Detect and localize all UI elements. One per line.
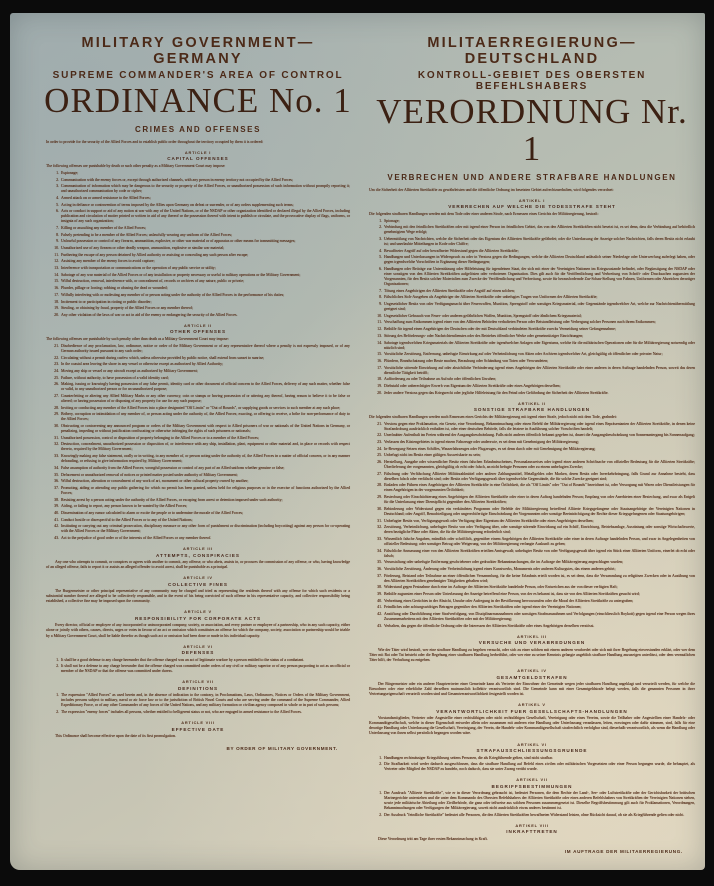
item-number: 11. (50, 253, 61, 258)
ordinance-item: 15.Vorsätzliche Zerstörung, Entfernung, … (373, 352, 695, 357)
item-text: Verbreitung eines Gerüchtes in der Absic… (384, 599, 695, 604)
item-number: 1. (373, 219, 384, 224)
article-de: ARTIKEL IISONSTIGE STRAFBARE HANDLUNGEND… (367, 401, 697, 629)
item-number: 15. (373, 352, 384, 357)
item-text: In the coastal area leaving the shore in… (61, 362, 350, 367)
item-number: 38. (373, 585, 384, 590)
item-number: 3. (373, 237, 384, 247)
article-lead: Die folgenden strafbaren Handlungen werd… (369, 415, 695, 420)
item-text: Verschaffung zum Entkommen irgend einer … (384, 320, 695, 325)
ordinance-item: 25.Unbefugt nicht im Besitz einer gültig… (373, 453, 695, 458)
ordinance-item: 40.Verbreitung eines Gerüchtes in der Ab… (373, 599, 695, 604)
item-text: Instituting or carrying out any criminal… (61, 524, 350, 534)
ordinance-item: 23.Verlassen des Küstengebietes in irgen… (373, 440, 695, 445)
ordinance-item: 27.Fälschung oder Verfälschung Alliierte… (373, 472, 695, 482)
article-de: ARTIKEL IIIVERSUCHE UND VERABREDUNGENWie… (367, 634, 697, 663)
item-text: The expression "Allied Forces" as used h… (61, 693, 350, 708)
item-number: 27. (50, 394, 61, 404)
ordinance-item: 43.Verhalten, das gegen die öffentliche … (373, 624, 695, 629)
ordinance-title: VERORDNUNG Nr. 1 (367, 94, 697, 168)
ordinance-item: 24.Moving any ship or vessel or any airc… (50, 369, 350, 374)
item-number: 11. (373, 320, 384, 325)
ordinance-item: 13.Störung des Beförderungs- oder Nachri… (373, 334, 695, 339)
ordinance-subtitle: CRIMES AND OFFENSES (44, 125, 352, 134)
ordinance-item: 4.Armed attack on or armed resistance to… (50, 196, 350, 201)
item-text: Failure, without authority, to have poss… (61, 376, 350, 381)
item-text: Inviting or conducting any member of the… (61, 406, 350, 411)
ordinance-item: 9.Unlawful possession or control of any … (50, 239, 350, 244)
photo-frame: { "photo": { "frame_color": "#0b0b0b", "… (0, 0, 714, 886)
item-number: 43. (50, 536, 61, 541)
item-number: 24. (373, 447, 384, 452)
article-title: CAPITAL OFFENSES (44, 156, 352, 161)
item-text: Killing or assaulting any member of the … (61, 226, 350, 231)
ordinance-item: 3.Uebermittlung von Nachrichten, welche … (373, 237, 695, 247)
item-text: Any other violation of the laws of war o… (61, 313, 350, 318)
column-en: MILITARY GOVERNMENT—GERMANYSUPREME COMMA… (44, 24, 352, 854)
item-number: 37. (50, 486, 61, 496)
item-number: 10. (50, 246, 61, 251)
ordinance-item: 35.Defacement or unauthorized removal of… (50, 473, 350, 478)
item-text: It shall not be a defense to any charge … (61, 664, 350, 674)
ordinance-item: 13.Interference with transportation or c… (50, 266, 350, 271)
article-title: OTHER OFFENSES (44, 329, 352, 334)
item-text: Fälschliche Anmassung einer von den Alli… (384, 549, 695, 559)
ordinance-item: 28.Inviting or conducting any member of … (50, 406, 350, 411)
article-label: ARTICLE VIII (44, 720, 352, 725)
item-number: 33. (373, 537, 384, 547)
intro-paragraph: Um die Sicherheit der Alliierten Streitk… (369, 188, 695, 193)
item-number: 6. (373, 267, 384, 287)
item-text: Handlungen rechtmässiger Kriegsführung s… (384, 756, 695, 761)
ordinance-item: 6.Handlungen oder Beiträge zur Unterstüt… (373, 267, 695, 287)
item-number: 39. (373, 592, 384, 597)
item-text: Spionage; (384, 219, 695, 224)
item-text: Knowingly making any false statement, or… (61, 454, 350, 464)
ordinance-item: 11.Furthering the escape of any person d… (50, 253, 350, 258)
item-text: Wissentlich falsche Angaben, mündlich od… (384, 537, 695, 547)
ordinance-item: 2.The expression "enemy forces" includes… (50, 710, 350, 715)
ordinance-item: 24.In-Bewegung-Setzen eines Schiffes, Wa… (373, 447, 695, 452)
ordinance-item: 43.Act to the prejudice of good order or… (50, 536, 350, 541)
ordinance-item: 20.Any other violation of the laws of wa… (50, 313, 350, 318)
item-number: 35. (373, 560, 384, 565)
item-number: 28. (50, 406, 61, 411)
article-lead: Die folgenden strafbaren Handlungen werd… (369, 212, 695, 217)
article-paragraph: The Burgermeister or other principal rep… (46, 589, 350, 604)
ordinance-item: 28.Einladen oder Führen eines Angehörige… (373, 483, 695, 493)
item-text: Bestechung oder Einschüchterung eines An… (384, 495, 695, 505)
item-number: 23. (50, 362, 61, 367)
intro-paragraph: In order to provide for the security of … (46, 140, 350, 145)
item-number: 12. (50, 259, 61, 264)
item-text: Störung des Beförderungs- oder Nachricht… (384, 334, 695, 339)
item-number: 26. (50, 382, 61, 392)
article-title: GESAMTGELDSTRAFEN (367, 675, 697, 680)
item-number: 17. (50, 293, 61, 298)
item-text: Wilfully interfering with or molesting a… (61, 293, 350, 298)
item-text: Widerstand gegen Festnahme durch eine im… (384, 585, 695, 590)
item-number: 16. (373, 359, 384, 364)
ordinance-item: 8.Falsely pretending to be a member of t… (50, 233, 350, 238)
item-text: Communication with the enemy forces or, … (61, 178, 350, 183)
item-text: Assisting any member of the enemy forces… (61, 259, 350, 264)
ordinance-item: 40.Dissemination of any rumor calculated… (50, 511, 350, 516)
ordinance-item: 5.Handlungen und Unterlassungen in Wider… (373, 255, 695, 265)
item-number: 43. (373, 624, 384, 629)
item-text: Diebstahl oder unberechtigter Erwerb von… (384, 384, 695, 389)
item-number: 31. (373, 519, 384, 524)
article-de: ARTIKEL IVGESAMTGELDSTRAFENDer Bürgermei… (367, 668, 697, 697)
article-title: STRAFAUSSCHLIESSUNGSGRUENDE (367, 748, 697, 753)
article-paragraph: Every director, official or employee of … (46, 623, 350, 638)
article-en: ARTICLE IIOTHER OFFENSESThe following of… (44, 323, 352, 541)
article-label: ARTIKEL I (367, 198, 697, 203)
item-text: Falsely pretending to be a member of the… (61, 233, 350, 238)
item-text: Fälschung oder Verfälschung Alliierter M… (384, 472, 695, 482)
item-number: 31. (50, 436, 61, 441)
item-text: Counterfeiting or altering any Allied Mi… (61, 394, 350, 404)
article-title: VERSUCHE UND VERABREDUNGEN (367, 640, 697, 645)
item-text: Handlungen und Unterlassungen in Widersp… (384, 255, 695, 265)
item-number: 15. (50, 279, 61, 284)
item-number: 5. (373, 255, 384, 265)
ordinance-item: 7.Tötung eines Angehörigen der Alliierte… (373, 289, 695, 294)
ordinance-item: 22.Unerlaubter Aufenthalt im Freien währ… (373, 433, 695, 438)
item-number: 2. (373, 762, 384, 772)
item-number: 9. (373, 302, 384, 312)
item-text: Furthering the escape of any person deta… (61, 253, 350, 258)
ordinance-item: 31.Unbefugter Besitz von, Verfügungsgewa… (373, 519, 695, 524)
article-title: EFFECTIVE DATE (44, 727, 352, 732)
ordinance-item: 39.Beihilfe zugunsten einer Person oder … (373, 592, 695, 597)
ordinance-item: 2.Communication with the enemy forces or… (50, 178, 350, 183)
item-number: 30. (373, 507, 384, 517)
item-number: 14. (50, 273, 61, 278)
ordinance-item: 32.Zerstörung, Verheimlichung, unbefugte… (373, 525, 695, 535)
item-text: Vorsätzliche störende Einwirkung auf ode… (384, 366, 695, 376)
item-text: Jeder andere Verstoss gegen das Kriegsre… (384, 391, 695, 396)
article-en: ARTICLE IVCOLLECTIVE FINESThe Burgermeis… (44, 575, 352, 604)
item-text: Bewaffneter Angriff auf oder bewaffneter… (384, 249, 695, 254)
ordinance-item: 22.Circulating without a permit during c… (50, 356, 350, 361)
ordinance-item: 1.It shall be a good defense to any char… (50, 658, 350, 663)
ordinance-item: 14.Sabotage of any war material of the A… (50, 273, 350, 278)
ordinance-item: 14.Sabotage irgendwelchen Kriegsmaterial… (373, 341, 695, 351)
article-en: ARTICLE VIIDEFINITIONS1.The expression "… (44, 679, 352, 715)
item-text: Beihilfe zugunsten einer Person oder Unt… (384, 592, 695, 597)
item-number: 20. (50, 313, 61, 318)
ordinance-item: 2.Die Strafbarkeit wird weder dadurch au… (373, 762, 695, 772)
item-number: 18. (373, 377, 384, 382)
item-number: 22. (50, 356, 61, 361)
item-number: 32. (373, 525, 384, 535)
item-number: 16. (50, 286, 61, 291)
ordinance-item: 12.Beihilfe für irgend einen Angehörigen… (373, 327, 695, 332)
item-number: 4. (373, 249, 384, 254)
item-number: 2. (373, 225, 384, 235)
item-number: 37. (373, 574, 384, 584)
item-text: Disobedience of any proclamation, law, o… (61, 344, 350, 354)
ordinance-item: 1.Espionage; (50, 171, 350, 176)
ordinance-item: 35.Verunstaltung oder unbefugte Entfernu… (373, 560, 695, 565)
item-text: Der Ausdruck "Alliierte Streitkräfte", w… (384, 791, 695, 811)
item-text: Einladen oder Führen eines Angehörigen d… (384, 483, 695, 493)
ordinance-item: 4.Bewaffneter Angriff auf oder bewaffnet… (373, 249, 695, 254)
item-number: 29. (50, 412, 61, 422)
item-number: 2. (373, 813, 384, 818)
item-number: 2. (50, 664, 61, 674)
column-de: MILITAERREGIERUNG—DEUTSCHLANDKONTROLL-GE… (367, 24, 697, 854)
item-text: Destruction, concealment, unauthorized p… (61, 442, 350, 452)
column-header-de: MILITAERREGIERUNG—DEUTSCHLANDKONTROLL-GE… (367, 35, 697, 182)
item-number: 20. (373, 391, 384, 396)
ordinance-item: 31.Unauthorized possession, control or d… (50, 436, 350, 441)
item-number: 40. (373, 599, 384, 604)
item-text: Verstoss gegen eine Proklamation, ein Ge… (384, 422, 695, 432)
article-de: ARTIKEL VVERANTWORTLICHKEIT FUER GESELLS… (367, 702, 697, 736)
item-text: Resisting arrest by a person acting unde… (61, 498, 350, 503)
item-text: Plunder, pillage or looting; robbing or … (61, 286, 350, 291)
item-text: Sabotage irgendwelchen Kriegsmaterials d… (384, 341, 695, 351)
item-number: 19. (50, 306, 61, 311)
item-text: Defacement or unauthorized removal of no… (61, 473, 350, 478)
item-number: 39. (50, 504, 61, 509)
item-text: Herstellung, Ausgabe oder wissentlicher … (384, 460, 695, 470)
article-title: DEFINITIONS (44, 686, 352, 691)
ordinance-item: 17.Vorsätzliche störende Einwirkung auf … (373, 366, 695, 376)
article-de: ARTIKEL VIIIINKRAFTTRETENDiese Verordnun… (367, 823, 697, 842)
item-number: 41. (373, 605, 384, 610)
ordinance-item: 37.Förderung, Beistand oder Teilnahme an… (373, 574, 695, 584)
item-text: Der Ausdruck "feindliche Streitkräfte" b… (384, 813, 695, 818)
ordinance-item: 38.Widerstand gegen Festnahme durch eine… (373, 585, 695, 590)
article-paragraph: Diese Verordnung tritt am Tage ihrer ers… (369, 837, 695, 842)
item-text: False assumption of authority from the A… (61, 466, 350, 471)
ordinance-item: 16.Plündern, Brandschatzung oder Beute m… (373, 359, 695, 364)
ordinance-item: 32.Destruction, concealment, unauthorize… (50, 442, 350, 452)
ordinance-item: 1.Spionage; (373, 219, 695, 224)
ordinance-item: 29.Bribery, corruption or intimidation o… (50, 412, 350, 422)
item-text: Promoting, aiding or attending any publi… (61, 486, 350, 496)
ordinance-item: 37.Promoting, aiding or attending any pu… (50, 486, 350, 496)
ordinance-item: 11.Verschaffung zum Entkommen irgend ein… (373, 320, 695, 325)
item-text: Verlassen des Küstengebietes in irgend e… (384, 440, 695, 445)
item-number: 1. (50, 693, 61, 708)
ordinance-item: 18.Aufforderung zu oder Teilnahme an Auf… (373, 377, 695, 382)
item-number: 7. (50, 226, 61, 231)
item-number: 38. (50, 498, 61, 503)
item-number: 22. (373, 433, 384, 438)
article-title: ATTEMPTS, CONSPIRACIES (44, 553, 352, 558)
item-number: 27. (373, 472, 384, 482)
item-number: 30. (50, 424, 61, 434)
item-text: Verunstaltung oder unbefugte Entfernung … (384, 560, 695, 565)
ordinance-item: 1.Handlungen rechtmässiger Kriegsführung… (373, 756, 695, 761)
item-number: 7. (373, 289, 384, 294)
item-text: Interference with transportation or comm… (61, 266, 350, 271)
ordinance-item: 10.Ungesetzlicher Gebrauch von Feuer- od… (373, 314, 695, 319)
ordinance-item: 27.Counterfeiting or altering any Allied… (50, 394, 350, 404)
item-number: 2. (50, 178, 61, 183)
item-number: 36. (50, 479, 61, 484)
article-label: ARTICLE IV (44, 575, 352, 580)
item-number: 28. (373, 483, 384, 493)
header-line1: MILITARY GOVERNMENT—GERMANY (44, 35, 352, 67)
article-title: VERBRECHEN AUF WELCHE DIE TODESSTRAFE ST… (367, 204, 697, 209)
item-text: Aufforderung zu oder Teilnahme an Aufruh… (384, 377, 695, 382)
item-text: Making, issuing or knowingly having poss… (61, 382, 350, 392)
ordinance-item: 41.Conduct hostile or disrespectful to t… (50, 518, 350, 523)
article-title: BEGRIFFSBESTIMMUNGEN (367, 784, 697, 789)
item-number: 12. (373, 327, 384, 332)
item-number: 34. (373, 549, 384, 559)
ordinance-item: 36.Wilful destruction, alteration or con… (50, 479, 350, 484)
item-text: Behinderung oder Widerstand gegen ein ve… (384, 507, 695, 517)
ordinance-item: 18.Incitement to or participation in rio… (50, 300, 350, 305)
article-label: ARTICLE V (44, 609, 352, 614)
item-text: Vorsätzliche Zerstörung, Entfernung, unb… (384, 352, 695, 357)
item-text: Beihilfe für irgend einen Angehörigen de… (384, 327, 695, 332)
item-number: 1. (373, 756, 384, 761)
ordinance-item: 16.Plunder, pillage or looting; robbing … (50, 286, 350, 291)
item-number: 18. (50, 300, 61, 305)
item-text: Stealing, or obtaining by fraud, propert… (61, 306, 350, 311)
ordinance-item: 5.Acting in defiance or contravention of… (50, 203, 350, 208)
item-number: 29. (373, 495, 384, 505)
item-number: 1. (373, 791, 384, 811)
article-paragraph: This Ordinance shall become effective up… (46, 734, 350, 739)
article-label: ARTIKEL VI (367, 742, 697, 747)
item-number: 9. (50, 239, 61, 244)
article-paragraph: Any one who attempts to commit, or consp… (46, 560, 350, 570)
ordinance-item: 30.Obstructing or contravening any annou… (50, 424, 350, 434)
ordinance-title: ORDINANCE No. 1 (44, 83, 352, 120)
ordinance-item: 23.In the coastal area leaving the shore… (50, 362, 350, 367)
article-de: ARTIKEL VISTRAFAUSSCHLIESSUNGSGRUENDE1.H… (367, 742, 697, 773)
ordinance-item: 42.Anstiftung oder Durchführung einer St… (373, 612, 695, 622)
item-number: 26. (373, 460, 384, 470)
ordinance-item: 2.Der Ausdruck "feindliche Streitkräfte"… (373, 813, 695, 818)
item-number: 6. (50, 209, 61, 224)
header-line2: KONTROLL-GEBIET DES OBERSTEN BEFEHLSHABE… (367, 70, 697, 92)
ordinance-item: 39.Aiding, or failing to report, any per… (50, 504, 350, 509)
article-de: ARTIKEL VIIBEGRIFFSBESTIMMUNGEN1.Der Aus… (367, 777, 697, 818)
ordinance-poster: MILITARY GOVERNMENT—GERMANYSUPREME COMMA… (10, 13, 705, 870)
ordinance-item: 8.Fälschliches Sich-Ausgeben als Angehör… (373, 295, 695, 300)
ordinance-item: 20.Jeder andere Verstoss gegen das Krieg… (373, 391, 695, 396)
item-text: Communication of information which may b… (61, 184, 350, 194)
item-number: 19. (373, 384, 384, 389)
item-number: 4. (50, 196, 61, 201)
item-number: 8. (373, 295, 384, 300)
ordinance-item: 36.Vorsätzliche Zerstörung, Änderung ode… (373, 567, 695, 572)
ordinance-item: 19.Stealing, or obtaining by fraud, prop… (50, 306, 350, 311)
ordinance-item: 2.Verbindung mit den feindlichen Streitk… (373, 225, 695, 235)
ordinance-item: 15.Wilful destruction, removal, interfer… (50, 279, 350, 284)
item-number: 35. (50, 473, 61, 478)
ordinance-item: 1.Der Ausdruck "Alliierte Streitkräfte",… (373, 791, 695, 811)
item-text: Acting in defiance or contravention of t… (61, 203, 350, 208)
item-number: 2. (50, 710, 61, 715)
item-text: In-Bewegung-Setzen eines Schiffes, Wasse… (384, 447, 695, 452)
article-label: ARTICLE III (44, 546, 352, 551)
ordinance-item: 19.Diebstahl oder unberechtigter Erwerb … (373, 384, 695, 389)
item-text: Acts or conduct in support or aid of any… (61, 209, 350, 224)
item-text: Obstructing or contravening any announce… (61, 424, 350, 434)
item-number: 3. (50, 184, 61, 194)
item-number: 1. (50, 658, 61, 663)
item-text: Circulating without a permit during curf… (61, 356, 350, 361)
item-text: Verbindung mit den feindlichen Streitkrä… (384, 225, 695, 235)
article-label: ARTIKEL II (367, 401, 697, 406)
item-text: Anstiftung oder Durchführung einer Straf… (384, 612, 695, 622)
article-label: ARTIKEL IV (367, 668, 697, 673)
ordinance-item: 34.False assumption of authority from th… (50, 466, 350, 471)
item-text: Uebermittlung von Nachrichten, welche di… (384, 237, 695, 247)
item-number: 23. (373, 440, 384, 445)
ordinance-item: 29.Bestechung oder Einschüchterung eines… (373, 495, 695, 505)
item-text: Unbefugter Besitz von, Verfügungsgewalt … (384, 519, 695, 524)
item-text: Ungesetzlicher Besitz von oder Verfügung… (384, 302, 695, 312)
ordinance-item: 42.Instituting or carrying out any crimi… (50, 524, 350, 534)
ordinance-item: 25.Failure, without authority, to have p… (50, 376, 350, 381)
ordinance-item: 26.Making, issuing or knowingly having p… (50, 382, 350, 392)
item-text: Wilful destruction, removal, interferenc… (61, 279, 350, 284)
item-text: Die Strafbarkeit wird weder dadurch ausg… (384, 762, 695, 772)
item-text: Zerstörung, Verheimlichung, unbefugter B… (384, 525, 695, 535)
column-footer: IM AUFTRAGE DER MILITAERREGIERUNG. (367, 849, 683, 854)
item-number: 8. (50, 233, 61, 238)
ordinance-item: 41.Feindliches oder achtungswidriges Bet… (373, 605, 695, 610)
item-number: 25. (373, 453, 384, 458)
ordinance-item: 33.Wissentlich falsche Angaben, mündlich… (373, 537, 695, 547)
item-text: It shall be a good defense to any charge… (61, 658, 350, 663)
ordinance-item: 38.Resisting arrest by a person acting u… (50, 498, 350, 503)
ordinance-item: 26.Herstellung, Ausgabe oder wissentlich… (373, 460, 695, 470)
item-number: 33. (50, 454, 61, 464)
article-label: ARTICLE I (44, 150, 352, 155)
ordinance-item: 33.Knowingly making any false statement,… (50, 454, 350, 464)
ordinance-item: 34.Fälschliche Anmassung einer von den A… (373, 549, 695, 559)
item-text: The expression "enemy forces" includes a… (61, 710, 350, 715)
item-number: 24. (50, 369, 61, 374)
ordinance-item: 2.It shall not be a defense to any charg… (50, 664, 350, 674)
ordinance-item: 3.Communication of information which may… (50, 184, 350, 194)
item-number: 41. (50, 518, 61, 523)
item-text: Act to the prejudice of good order or of… (61, 536, 350, 541)
ordinance-item: 7.Killing or assaulting any member of th… (50, 226, 350, 231)
ordinance-item: 21.Disobedience of any proclamation, law… (50, 344, 350, 354)
article-lead: The following offenses are punishable by… (46, 337, 350, 342)
header-line2: SUPREME COMMANDER'S AREA OF CONTROL (44, 70, 352, 81)
article-label: ARTIKEL VIII (367, 823, 697, 828)
article-label: ARTIKEL III (367, 634, 697, 639)
item-text: Espionage; (61, 171, 350, 176)
article-en: ARTICLE VIIIEFFECTIVE DATEThis Ordinance… (44, 720, 352, 739)
item-number: 10. (373, 314, 384, 319)
article-en: ARTICLE IIIATTEMPTS, CONSPIRACIESAny one… (44, 546, 352, 570)
item-text: Plündern, Brandschatzung oder Beute mach… (384, 359, 695, 364)
item-number: 5. (50, 203, 61, 208)
item-number: 17. (373, 366, 384, 376)
article-en: ARTICLE VRESPONSIBILITY FOR CORPORATE AC… (44, 609, 352, 638)
item-text: Unerlaubter Aufenthalt im Freien während… (384, 433, 695, 438)
item-number: 34. (50, 466, 61, 471)
article-title: VERANTWORTLICHKEIT FUER GESELLSCHAFTS-HA… (367, 709, 697, 714)
item-text: Dissemination of any rumor calculated to… (61, 511, 350, 516)
article-label: ARTICLE VII (44, 679, 352, 684)
